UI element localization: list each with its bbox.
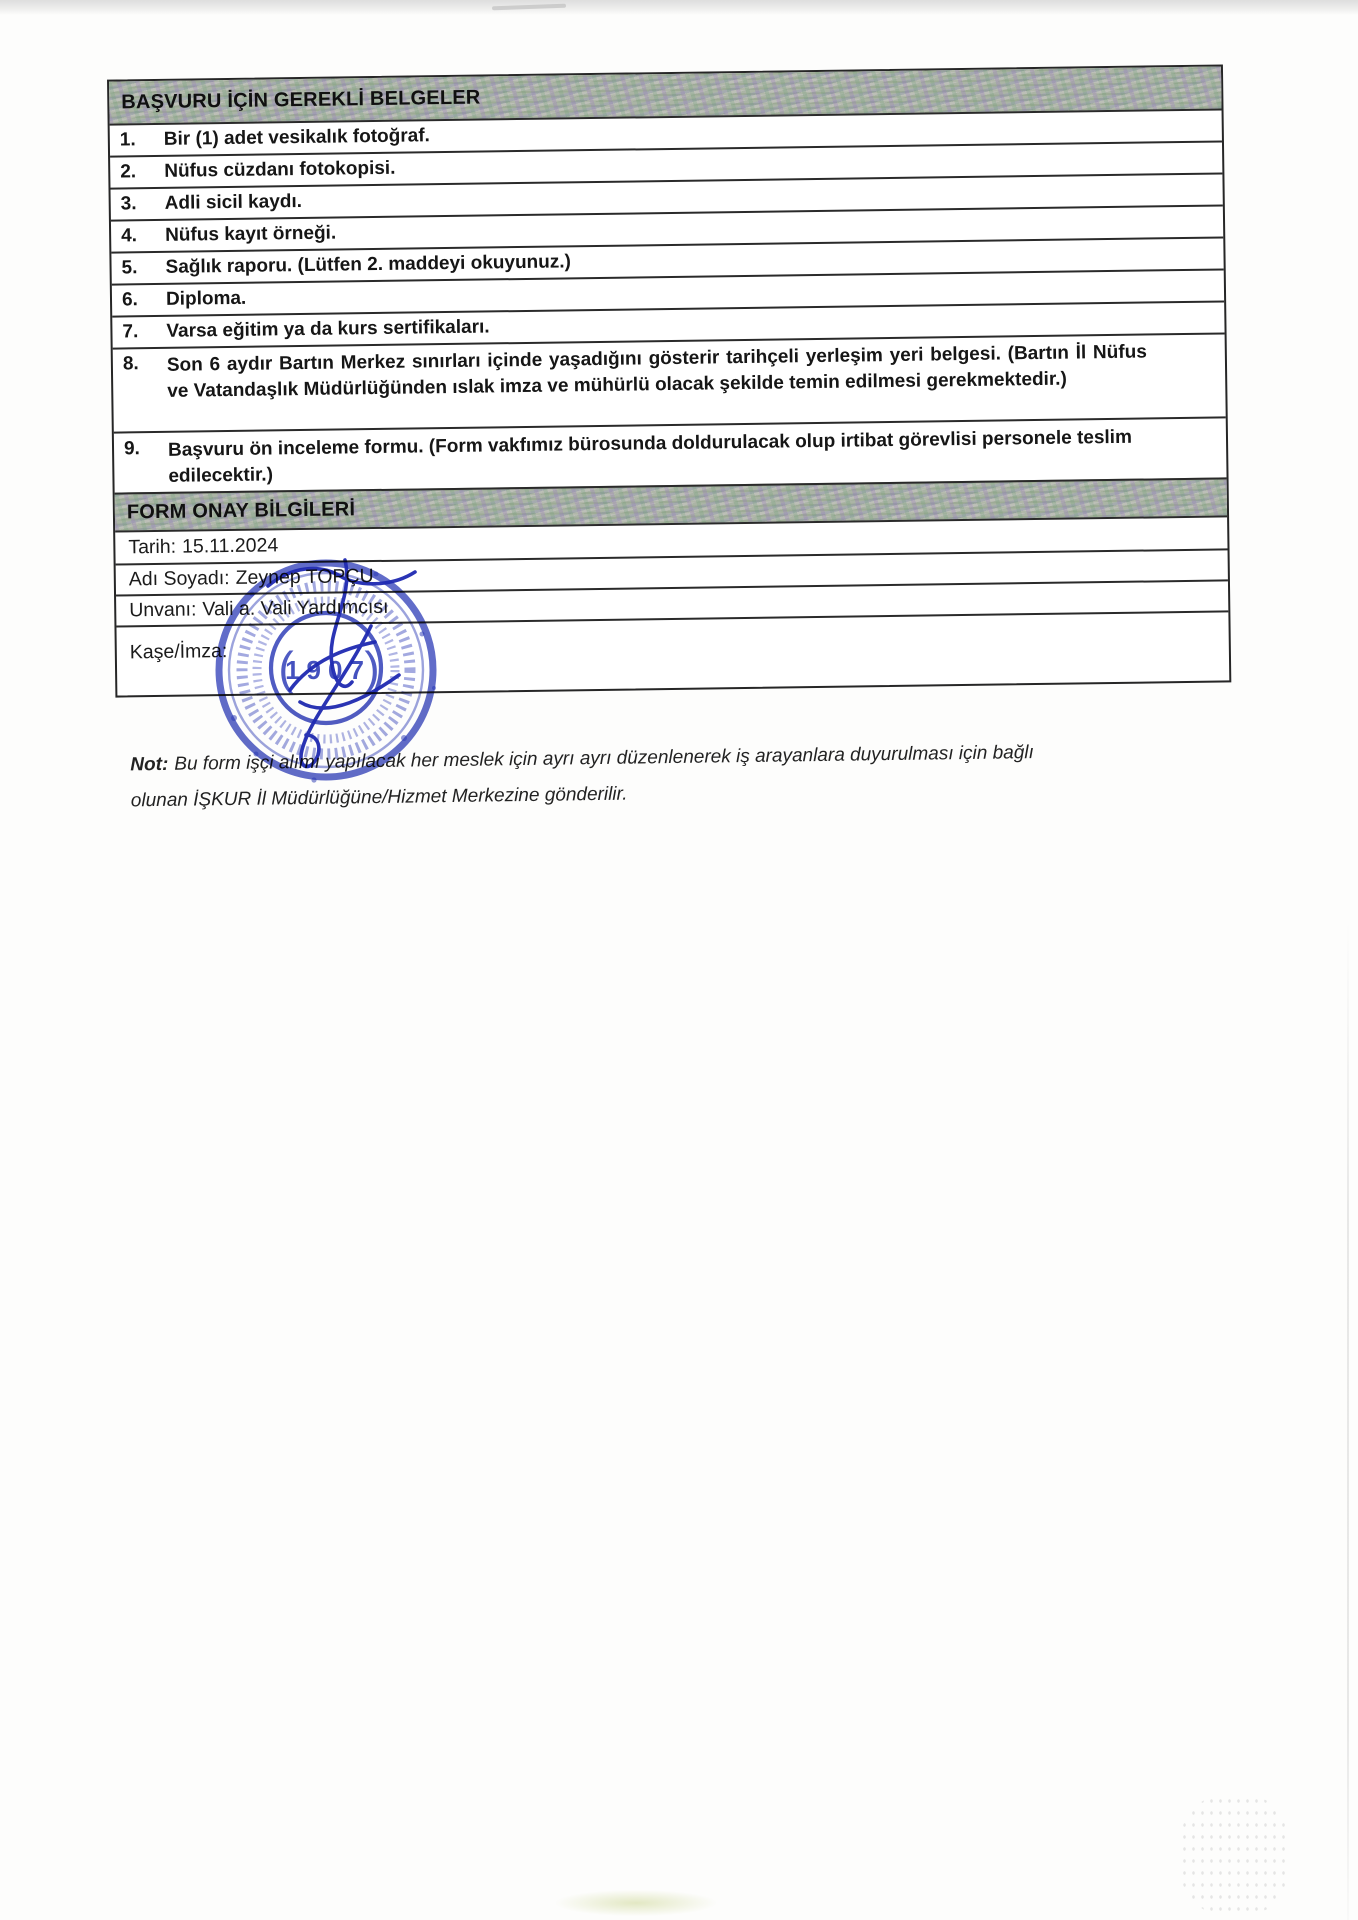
approval-info-title: FORM ONAY BİLGİLERİ	[127, 498, 356, 524]
title-label: Unvanı:	[129, 598, 197, 622]
scan-right-edge-artifact	[1347, 920, 1349, 1920]
item-number: 6.	[112, 289, 166, 312]
item-number: 9.	[114, 438, 168, 461]
item-text: Son 6 aydır Bartın Merkez sınırları için…	[167, 339, 1158, 404]
date-label: Tarih:	[128, 536, 176, 560]
document-item-row: 8. Son 6 aydır Bartın Merkez sınırları i…	[113, 332, 1226, 431]
item-number: 2.	[110, 161, 164, 184]
item-number: 5.	[111, 257, 165, 280]
stamp-paren-close: )	[364, 642, 379, 694]
scan-speckle-artifact	[1180, 1795, 1290, 1915]
item-number: 4.	[111, 225, 165, 248]
item-number: 3.	[111, 193, 165, 216]
item-number: 8.	[113, 353, 167, 376]
scan-top-mark-artifact	[492, 4, 566, 11]
item-number: 1.	[110, 129, 164, 152]
note-label: Not:	[130, 754, 168, 776]
scan-bottom-smudge-artifact	[556, 1890, 716, 1916]
item-number: 7.	[112, 321, 166, 344]
scanned-form-page: BAŞVURU İÇİN GEREKLİ BELGELER 1. Bir (1)…	[0, 0, 1358, 1920]
official-stamp: ( 1907 )	[194, 538, 460, 804]
scan-top-edge-artifact	[0, 0, 1358, 15]
required-documents-title: BAŞVURU İÇİN GEREKLİ BELGELER	[121, 86, 480, 114]
